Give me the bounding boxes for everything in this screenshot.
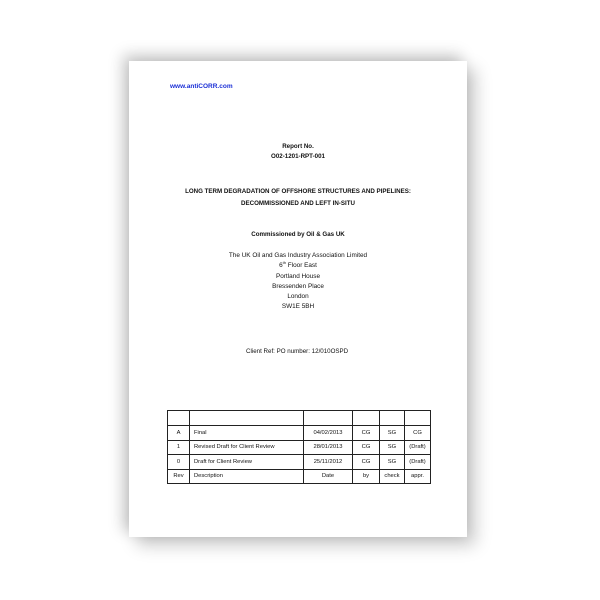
report-label: Report No. [129,143,467,151]
address-city: London [129,292,467,302]
cell-rev: A [168,426,190,441]
address-organisation: The UK Oil and Gas Industry Association … [129,251,467,261]
cell-appr: (Draft) [405,440,431,455]
cell-date: 04/02/2013 [304,426,353,441]
cell-by: CG [353,440,380,455]
report-title-line-2: DECOMMISSIONED AND LEFT IN-SITU [129,200,467,208]
cell-by [353,411,380,426]
document-viewer: www.antiCORR.com Report No. O02-1201-RPT… [0,0,600,600]
cell-description: Draft for Client Review [190,455,304,470]
cell-by: CG [353,426,380,441]
revision-table: A Final 04/02/2013 CG SG CG 1 Revised Dr… [167,410,431,484]
column-header-by: by [353,469,380,484]
floor-text: Floor East [286,262,317,269]
cell-check [380,411,405,426]
address-postcode: SW1E 5BH [129,302,467,312]
commissioned-by: Commissioned by Oil & Gas UK [129,231,467,239]
column-header-description: Description [190,469,304,484]
cell-appr: CG [405,426,431,441]
address-street: Bressenden Place [129,282,467,292]
table-header-row: Rev Description Date by check appr. [168,469,431,484]
column-header-check: check [380,469,405,484]
cell-check: SG [380,440,405,455]
cell-rev: 1 [168,440,190,455]
table-row: A Final 04/02/2013 CG SG CG [168,426,431,441]
table-row: 0 Draft for Client Review 25/11/2012 CG … [168,455,431,470]
report-title-line-1: LONG TERM DEGRADATION OF OFFSHORE STRUCT… [129,188,467,196]
client-reference: Client Ref: PO number: 12/010OSPD [246,348,348,356]
table-row: 1 Revised Draft for Client Review 28/01/… [168,440,431,455]
website-link[interactable]: www.antiCORR.com [170,83,233,90]
cell-appr: (Draft) [405,455,431,470]
column-header-rev: Rev [168,469,190,484]
cell-appr [405,411,431,426]
cell-description [190,411,304,426]
cell-by: CG [353,455,380,470]
cell-rev: 0 [168,455,190,470]
report-number: O02-1201-RPT-001 [129,153,467,161]
cell-description: Revised Draft for Client Review [190,440,304,455]
column-header-date: Date [304,469,353,484]
address-floor: 6th Floor East [129,261,467,271]
cell-check: SG [380,455,405,470]
cell-date: 28/01/2013 [304,440,353,455]
address-building: Portland House [129,272,467,282]
address-block: The UK Oil and Gas Industry Association … [129,251,467,313]
cell-check: SG [380,426,405,441]
cell-rev [168,411,190,426]
table-row [168,411,431,426]
cell-date: 25/11/2012 [304,455,353,470]
document-page: www.antiCORR.com Report No. O02-1201-RPT… [129,61,467,537]
cell-description: Final [190,426,304,441]
cell-date [304,411,353,426]
column-header-appr: appr. [405,469,431,484]
